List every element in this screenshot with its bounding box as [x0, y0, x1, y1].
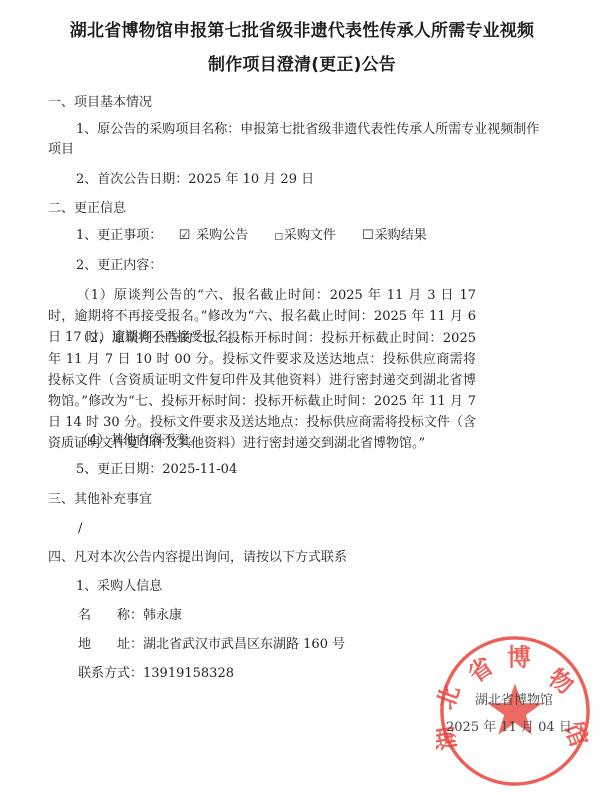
first-announcement-date: 2、首次公告日期：2025 年 10 月 29 日 — [76, 170, 314, 190]
correction-date: 5、更正日期：2025-11-04 — [76, 460, 237, 480]
section2-heading: 二、更正信息 — [48, 199, 126, 219]
option-procurement-announcement[interactable]: ☑采购公告 — [179, 228, 253, 243]
signature-organization: 湖北省博物馆 — [475, 689, 553, 708]
svg-text:博: 博 — [507, 644, 531, 672]
purchaser-contact-row: 联系方式：13919158328 — [78, 664, 234, 684]
name-value: 韩永康 — [143, 608, 182, 623]
option-label: 采购公告 — [196, 228, 248, 243]
purchaser-name-row: 名 称：韩永康 — [78, 606, 182, 626]
purchaser-address-row: 地 址：湖北省武汉市武昌区东湖路 160 号 — [78, 635, 345, 655]
announcement-title-line1: 湖北省博物馆申报第七批省级非遗代表性传承人所需专业视频 — [0, 16, 604, 41]
supplement-content: / — [78, 519, 82, 539]
name-label: 名 称： — [78, 608, 143, 623]
option-label: 采购结果 — [375, 228, 427, 243]
announcement-title-line2: 制作项目澄清(更正)公告 — [0, 50, 604, 75]
contact-value: 13919158328 — [143, 666, 234, 681]
correction-content-label: 2、更正内容： — [76, 256, 162, 276]
checkbox-unchecked-icon[interactable]: □ — [274, 227, 283, 247]
checkbox-checked-icon[interactable]: ☑ — [179, 226, 191, 246]
purchaser-info-heading: 1、采购人信息 — [76, 577, 162, 597]
seal-icon: 省 博 物 馆 北 湖 — [436, 632, 594, 790]
signature-date: 2025 年 11 月 04 日 — [446, 716, 572, 735]
option-procurement-file[interactable]: □采购文件 — [274, 228, 340, 243]
section3-heading: 三、其他补充事宜 — [48, 490, 152, 510]
official-seal-stamp: 省 博 物 馆 北 湖 — [436, 632, 594, 790]
contact-label: 联系方式： — [78, 666, 143, 681]
original-project-name: 1、原公告的采购项目名称：申报第七批省级非遗代表性传承人所需专业视频制作 — [76, 120, 539, 140]
correction-content-4: （4）其他内容不变。 — [76, 431, 201, 451]
checkbox-unchecked-icon[interactable]: ☐ — [362, 226, 374, 246]
address-value: 湖北省武汉市武昌区东湖路 160 号 — [143, 637, 345, 652]
section4-heading: 四、凡对本次公告内容提出询问，请按以下方式联系 — [48, 548, 347, 568]
option-procurement-result[interactable]: ☐采购结果 — [362, 228, 427, 243]
original-project-name-cont: 项目 — [48, 140, 74, 160]
section1-heading: 一、项目基本情况 — [48, 93, 152, 113]
address-label: 地 址： — [78, 637, 143, 652]
correction-items-row: 1、更正事项： ☑采购公告 □采购文件 ☐采购结果 — [76, 226, 449, 247]
correction-items-label: 1、更正事项： — [76, 228, 162, 243]
option-label: 采购文件 — [284, 228, 336, 243]
